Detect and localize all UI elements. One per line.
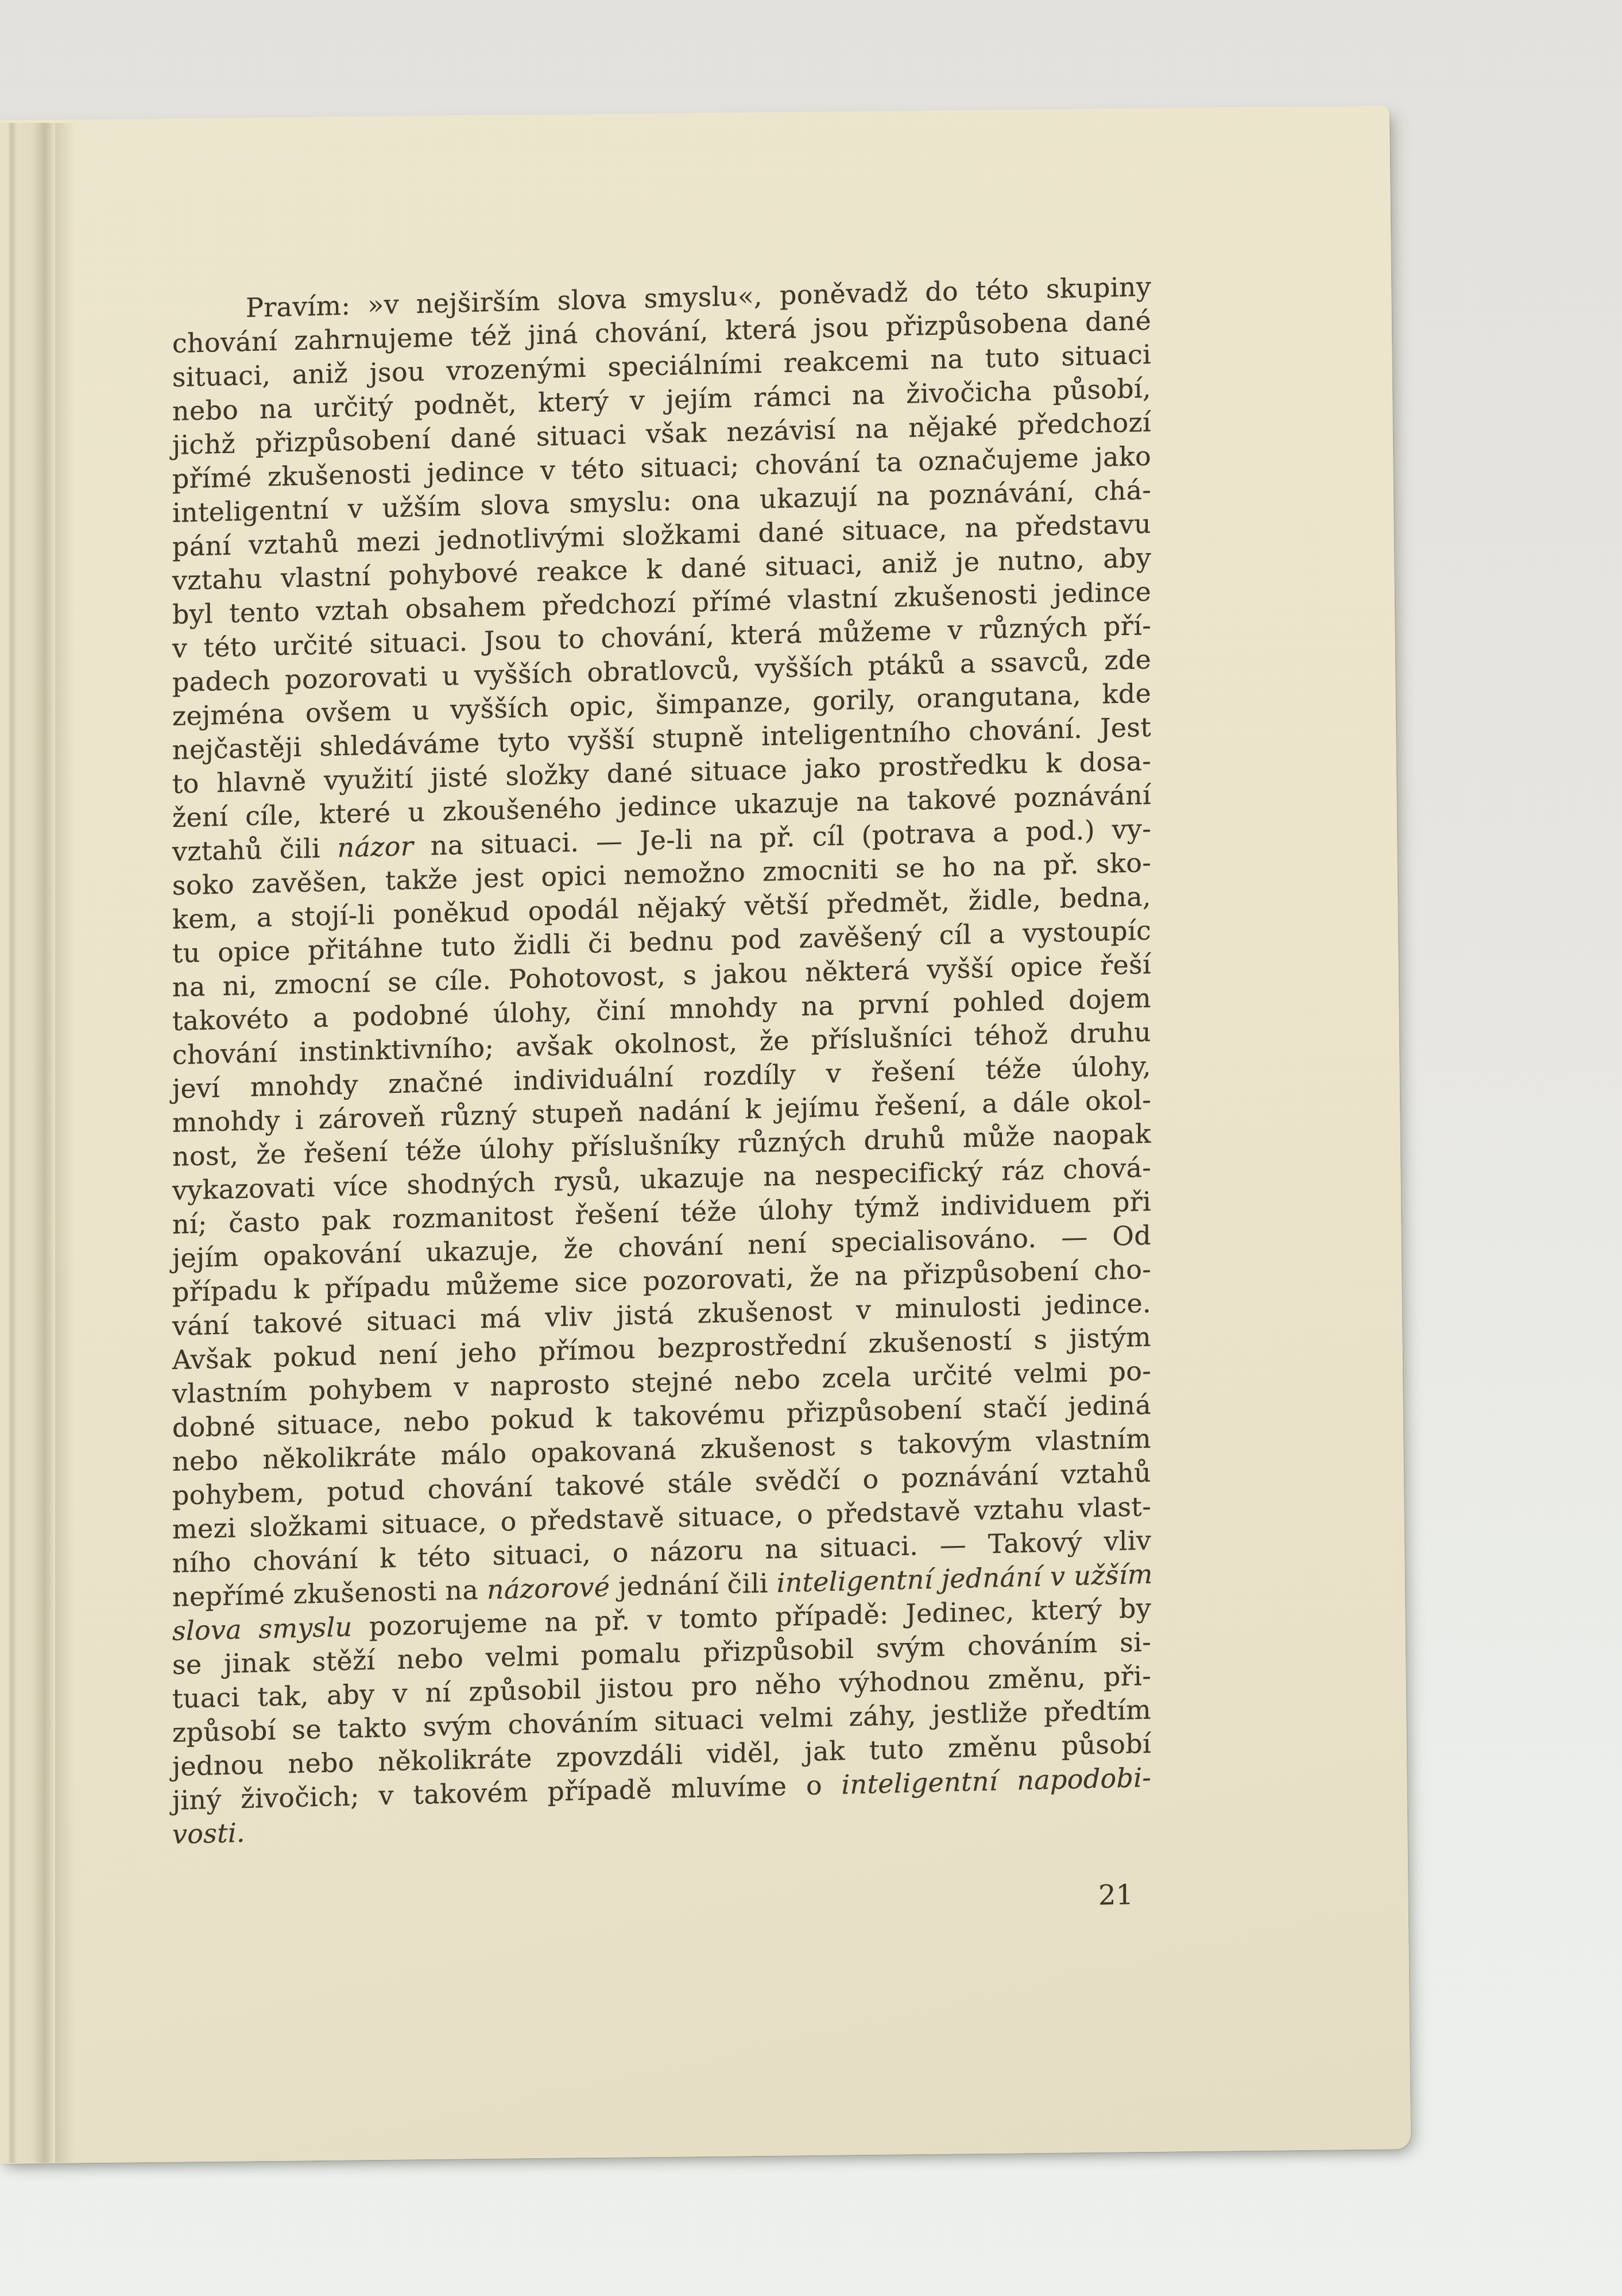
text-block: Pravím: »v nejširším slova smyslu«, poně…	[172, 270, 1151, 1852]
page-number: 21	[1098, 1878, 1133, 1911]
gutter-crease-shadow	[55, 123, 75, 2163]
scan-background: Pravím: »v nejširším slova smyslu«, poně…	[0, 0, 1622, 2296]
underlying-pages-edge	[0, 123, 55, 2163]
